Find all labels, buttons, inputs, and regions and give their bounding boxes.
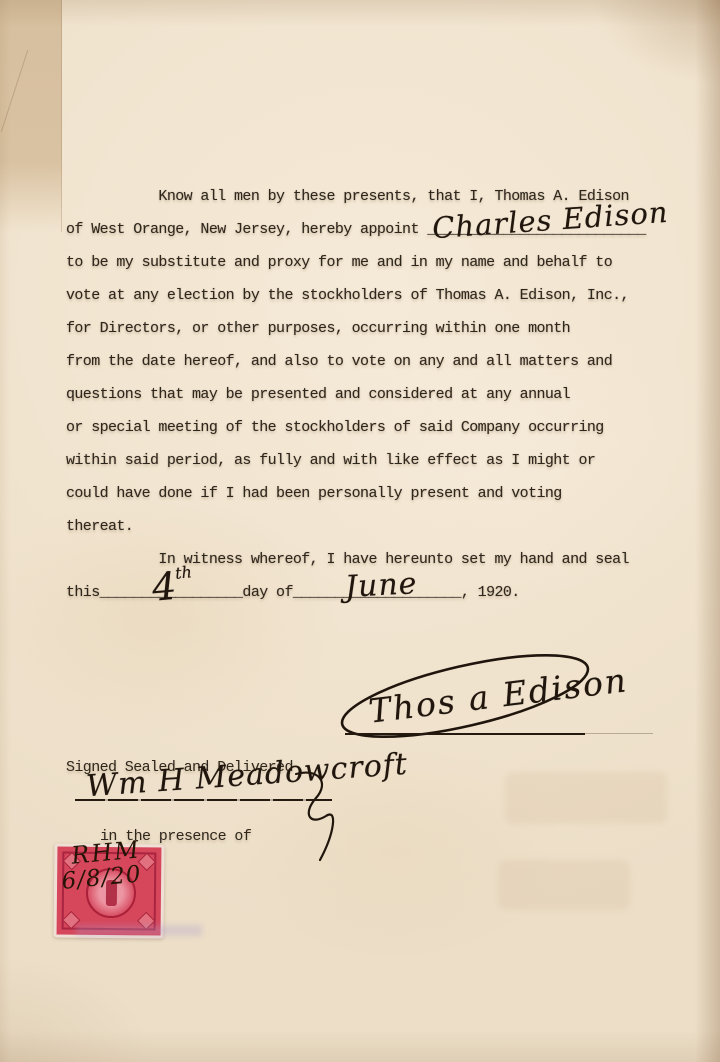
handwritten-day-suffix: th: [174, 562, 192, 582]
typed-body: Know all men by these presents, that I, …: [66, 180, 686, 609]
principal-signature: Thos a Edison: [367, 660, 630, 730]
typed-line: for Directors, or other purposes, occurr…: [66, 312, 686, 345]
principal-signature-underline-faint: [585, 733, 653, 734]
handwritten-day: 4th: [150, 562, 195, 609]
handwritten-month: June: [344, 566, 418, 605]
typed-line: within said period, as fully and with li…: [66, 444, 686, 477]
typed-line: from the date hereof, and also to vote o…: [66, 345, 686, 378]
typed-line: or special meeting of the stockholders o…: [66, 411, 686, 444]
scanned-proxy-letter: Know all men by these presents, that I, …: [0, 0, 720, 1062]
embossed-marks-lower: [498, 860, 630, 910]
witness-signature-underline: [75, 799, 332, 801]
scan-artifact: [76, 925, 202, 936]
typed-line: questions that may be presented and cons…: [66, 378, 686, 411]
typed-line: thereat.: [66, 510, 686, 543]
typed-line: to be my substitute and proxy for me and…: [66, 246, 686, 279]
typed-line: could have done if I had been personally…: [66, 477, 686, 510]
page-fold-top-left: [0, 0, 62, 232]
typed-line: vote at any election by the stockholders…: [66, 279, 686, 312]
principal-signature-underline: [345, 733, 585, 735]
embossed-marks-upper: [505, 772, 667, 824]
